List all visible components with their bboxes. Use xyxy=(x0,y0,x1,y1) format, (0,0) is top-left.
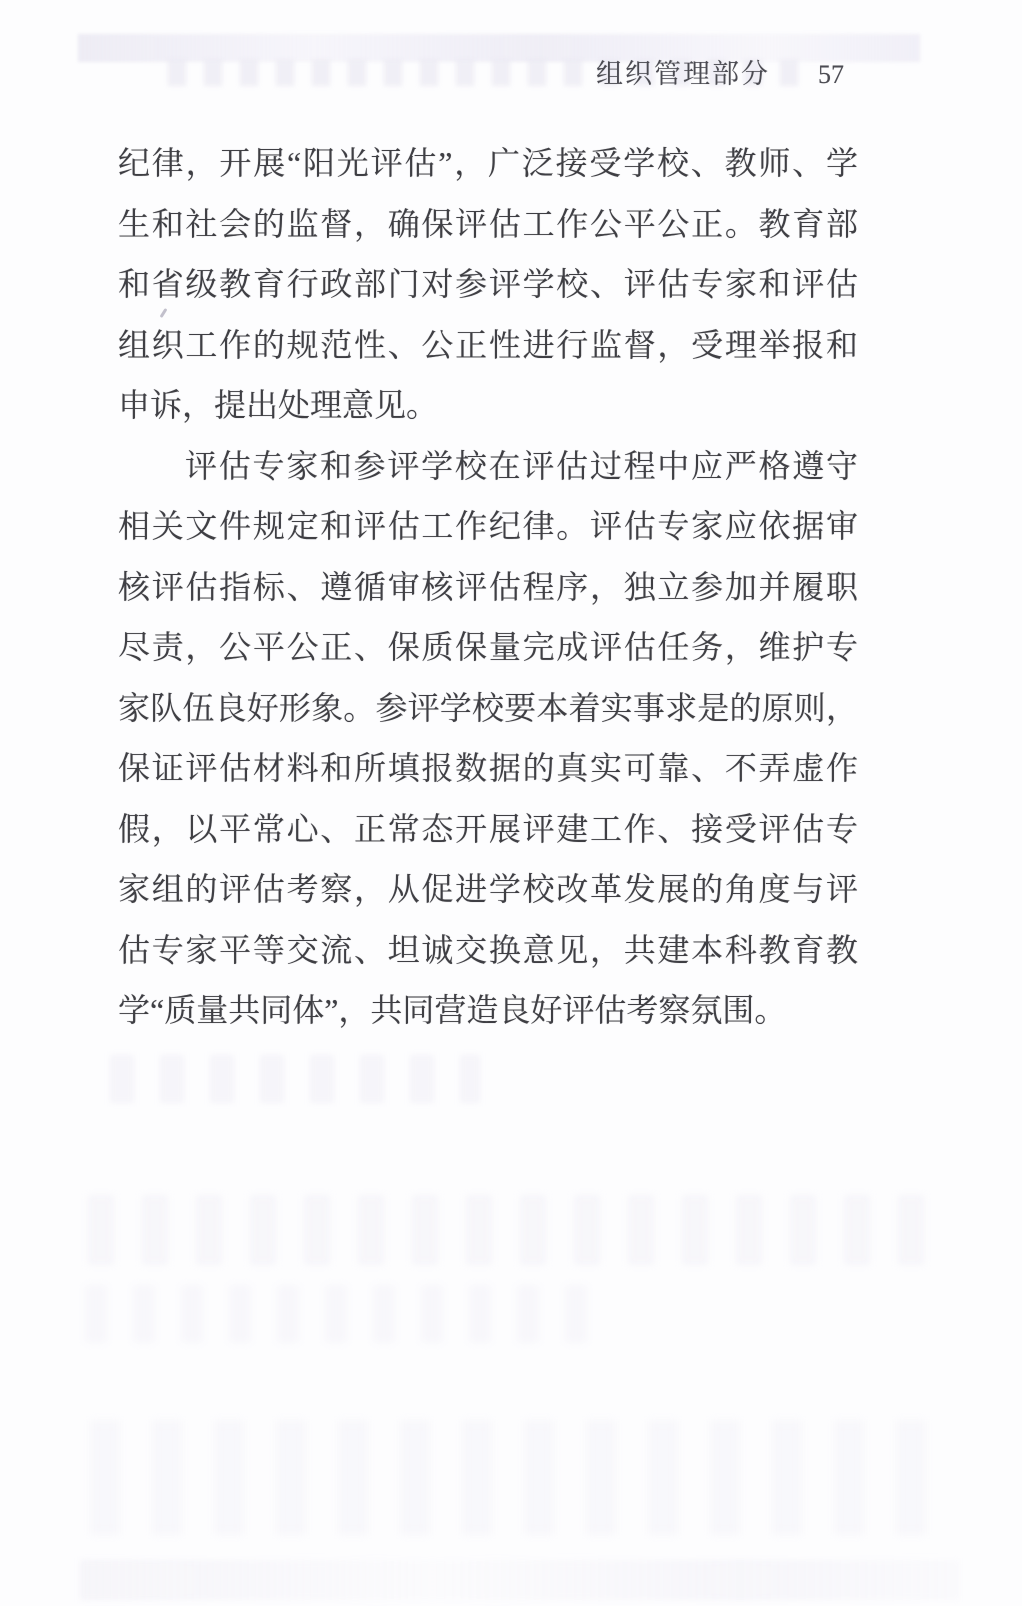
body-text-block: 纪律，开展“阳光评估”，广泛接受学校、教师、学 生和社会的监督，确保评估工作公平… xyxy=(118,133,858,1041)
scan-artifact-band-lower-3 xyxy=(90,1420,950,1535)
text-line: 保证评估材料和所填报数据的真实可靠、不弄虚作 xyxy=(118,738,858,799)
page-number: 57 xyxy=(818,60,844,90)
text-line-paragraph-start: 评估专家和参评学校在评估过程中应严格遵守 xyxy=(118,436,858,497)
text-line: 相关文件规定和评估工作纪律。评估专家应依据审 xyxy=(118,496,858,557)
scan-artifact-band-mid xyxy=(110,1055,480,1103)
scanned-book-page: 组织管理部分 57 纪律，开展“阳光评估”，广泛接受学校、教师、学 生和社会的监… xyxy=(0,0,1022,1606)
text-line: 家队伍良好形象。参评学校要本着实事求是的原则， xyxy=(118,678,858,739)
text-line: 假，以平常心、正常态开展评建工作、接受评估专 xyxy=(118,799,858,860)
text-line: 家组的评估考察，从促进学校改革发展的角度与评 xyxy=(118,859,858,920)
scan-artifact-band-lower-2 xyxy=(85,1285,605,1343)
text-line: 和省级教育行政部门对参评学校、评估专家和评估 xyxy=(118,254,858,315)
text-line: 尽责，公平公正、保质保量完成评估任务，维护专 xyxy=(118,617,858,678)
text-line: 核评估指标、遵循审核评估程序，独立参加并履职 xyxy=(118,557,858,618)
running-header: 组织管理部分 57 xyxy=(0,52,844,91)
scan-artifact-band-bottom xyxy=(80,1560,960,1600)
text-line: 组织工作的规范性、公正性进行监督，受理举报和 xyxy=(118,315,858,376)
text-line-paragraph-end: 申诉，提出处理意见。 xyxy=(118,375,858,436)
text-line: 纪律，开展“阳光评估”，广泛接受学校、教师、学 xyxy=(118,133,858,194)
text-line-paragraph-end: 学“质量共同体”，共同营造良好评估考察氛围。 xyxy=(118,980,858,1041)
section-title: 组织管理部分 xyxy=(596,52,770,91)
scan-artifact-band-lower-1 xyxy=(88,1195,948,1265)
text-line: 生和社会的监督，确保评估工作公平公正。教育部 xyxy=(118,194,858,255)
text-line: 估专家平等交流、坦诚交换意见，共建本科教育教 xyxy=(118,920,858,981)
